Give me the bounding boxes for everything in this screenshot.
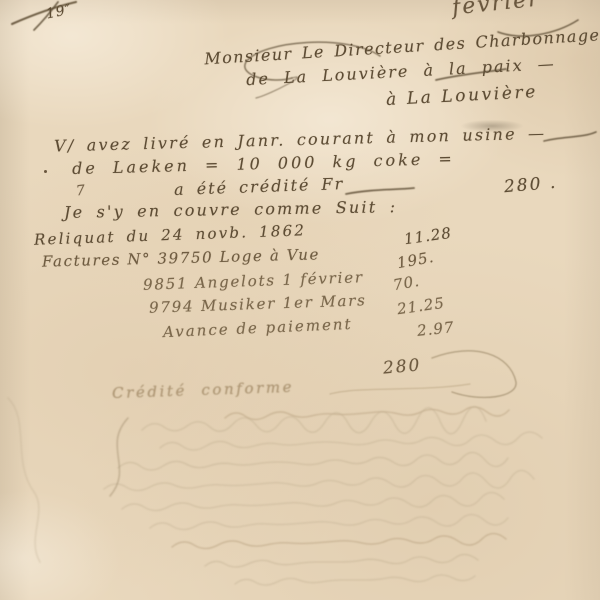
pen-flourishes-layer: [0, 0, 600, 600]
bleedthrough-writing: [8, 398, 542, 585]
pen-flourishes: [12, 2, 596, 397]
letter-page: 19″ février Monsieur Le Directeur des Ch…: [0, 0, 600, 600]
